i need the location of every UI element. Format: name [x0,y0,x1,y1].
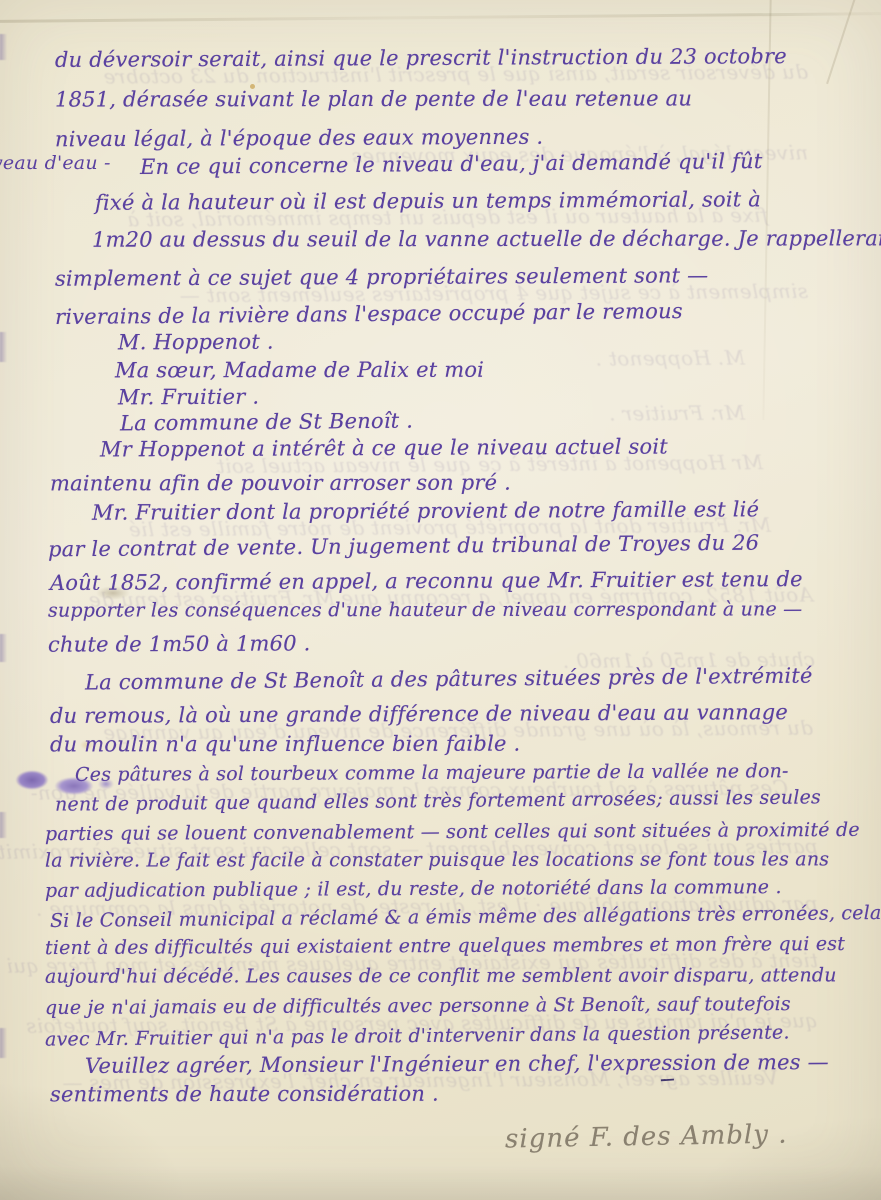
letter-line: supporter les conséquences d'une hauteur… [48,598,802,621]
letter-line: En ce qui concerne le niveau d'eau, j'ai… [140,149,763,179]
letter-line: maintenu afin de pouvoir arroser son pré… [50,471,511,496]
letter-line: chute de 1m50 à 1m60 . [48,631,311,656]
letter-line: Veuillez agréer, Monsieur l'Ingénieur en… [85,1050,829,1078]
letter-line: Mr. Fruitier dont la propriété provient … [92,497,759,524]
bottom-shadow [0,1166,881,1200]
letter-line: riverains de la rivière dans l'espace oc… [55,299,683,329]
signature: signé F. des Ambly . [505,1120,788,1155]
letter-line: 1m20 au dessus du seuil de la vanne actu… [92,226,881,251]
letter-line: niveau légal, à l'époque des eaux moyenn… [55,125,543,152]
pen-flourish: -‒ [659,1070,673,1089]
letter-line: simplement à ce sujet que 4 propriétaire… [55,263,708,290]
letter-line: du remous, là où une grande différence d… [50,700,788,728]
letter-line: Si le Conseil municipal a réclamé & a ém… [50,902,881,932]
letter-line: La commune de St Benoît . [120,409,413,436]
letter-body: du déversoir serait, ainsi que le prescr… [0,0,881,1200]
letter-line: la rivière. Le fait est facile à constat… [45,848,829,871]
letter-page: du déversoir serait, ainsi que le prescr… [0,0,881,1200]
letter-line: avec Mr. Fruitier qui n'a pas le droit d… [45,1021,790,1050]
letter-line: Ces pâtures à sol tourbeux comme la maje… [75,760,789,786]
letter-line: La commune de St Benoît a des pâtures si… [85,664,813,695]
letter-line: nent de produit que quand elles sont trè… [55,786,821,815]
letter-line: tient à des difficultés qui existaient e… [45,933,845,959]
letter-line: par le contrat de vente. Un jugement du … [48,531,759,562]
letter-line: fixé à la hauteur où il est depuis un te… [95,187,761,214]
letter-line: Ma sœur, Madame de Palix et moi [115,358,484,383]
letter-line: Mr. Fruitier . [118,385,259,410]
letter-line: Mr Hoppenot a intérêt à ce que le niveau… [100,435,668,462]
letter-line: sentiments de haute considération . [50,1082,439,1107]
letter-line: du moulin n'a qu'une influence bien faib… [50,732,520,757]
letter-line: du déversoir serait, ainsi que le prescr… [55,44,787,72]
letter-line: M. Hoppenot . [118,330,274,355]
letter-line: par adjudication publique ; il est, du r… [45,876,782,902]
letter-line: aujourd'hui décédé. Les causes de ce con… [45,964,837,987]
letter-line: parties qui se louent convenablement — s… [45,819,860,845]
letter-line: 1851, dérasée suivant le plan de pente d… [55,86,692,111]
letter-line: Août 1852, confirmé en appel, a reconnu … [50,567,803,595]
margin-note: veau d'eau - [0,152,111,174]
letter-line: que je n'ai jamais eu de difficultés ave… [45,993,791,1019]
